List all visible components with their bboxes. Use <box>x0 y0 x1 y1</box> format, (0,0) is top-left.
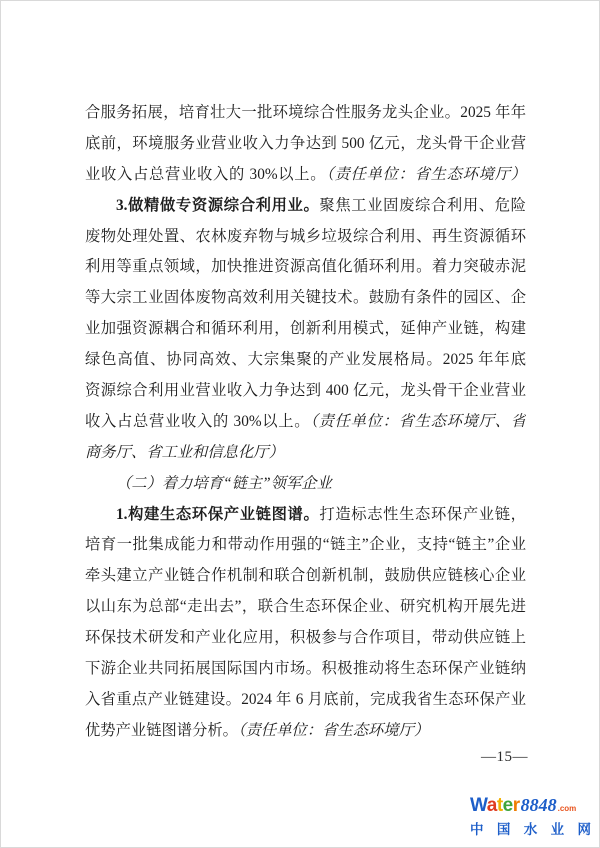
text-line: 环保技术研发和产业化应用，积极参与合作项目，带动供应链上 <box>85 623 526 654</box>
logo-com-suffix: .com <box>558 804 577 813</box>
text-run: 以山东为总部“走出去”，联合生态环保企业、研究机构开展先进 <box>85 598 526 615</box>
text-line: 业加强资源耦合和循环利用，创新利用模式，延伸产业链，构建 <box>85 314 526 345</box>
text-line: 优势产业链图谱分析。（责任单位：省生态环境厅） <box>85 716 526 747</box>
kaiti-text-run: 商务厅、省工业和信息化厅） <box>85 444 284 461</box>
text-run: 收入占总营业收入的 30%以上。 <box>85 413 310 430</box>
text-run: 资源综合利用业营业收入力争达到 400 亿元，龙头骨干企业营业 <box>85 382 526 399</box>
logo-chinese-char: 业 <box>551 818 565 838</box>
text-line: 牵头建立产业链合作机制和联合创新机制，鼓励供应链核心企业 <box>85 561 526 592</box>
logo-letter: r <box>513 795 520 816</box>
kaiti-text-run: （二）着力培育“链主”领军企业 <box>116 475 332 492</box>
logo-letter: a <box>487 795 497 816</box>
text-run: 底前，环境服务业营业收入力争达到 500 亿元，龙头骨干企业营 <box>85 135 526 152</box>
text-run: 培育一批集成能力和带动作用强的“链主”企业，支持“链主”企业 <box>85 536 526 553</box>
bold-text-run: 1.构建生态环保产业链图谱。 <box>116 506 319 523</box>
text-run: 牵头建立产业链合作机制和联合创新机制，鼓励供应链核心企业 <box>85 567 526 584</box>
logo-chinese-char: 水 <box>524 818 538 838</box>
text-line: 3.做精做专资源综合利用业。聚焦工业固废综合利用、危险 <box>85 191 526 222</box>
text-line: （二）着力培育“链主”领军企业 <box>85 469 526 500</box>
text-run: 等大宗工业固体废物高效利用关键技术。鼓励有条件的园区、企 <box>85 289 526 306</box>
text-line: 废物处理处置、农林废弃物与城乡垃圾综合利用、再生资源循环 <box>85 222 526 253</box>
text-run: 绿色高值、协同高效、大宗集聚的产业发展格局。2025 年年底前， <box>85 351 526 376</box>
logo-letter: e <box>503 795 513 816</box>
text-line: 收入占总营业收入的 30%以上。（责任单位：省生态环境厅、省 <box>85 407 526 438</box>
page-number: —15— <box>481 749 528 766</box>
text-line: 培育一批集成能力和带动作用强的“链主”企业，支持“链主”企业 <box>85 530 526 561</box>
text-run: 利用等重点领域，加快推进资源高值化循环利用。着力突破赤泥 <box>85 258 526 275</box>
kaiti-text-run: （责任单位：省生态环境厅） <box>326 166 526 183</box>
logo-chinese-char: 国 <box>497 818 511 838</box>
text-run: 下游企业共同拓展国际国内市场。积极推动将生态环保产业链纳 <box>85 660 526 677</box>
kaiti-text-run: （责任单位：省生态环境厅、省 <box>310 413 526 430</box>
text-line: 资源综合利用业营业收入力争达到 400 亿元，龙头骨干企业营业 <box>85 376 526 407</box>
logo-8848-number: 8848 <box>521 795 557 816</box>
text-run: 废物处理处置、农林废弃物与城乡垃圾综合利用、再生资源循环 <box>85 228 526 245</box>
text-run: 聚焦工业固废综合利用、危险 <box>319 197 526 214</box>
text-run: 优势产业链图谱分析。 <box>85 722 238 739</box>
water8848-watermark: Water 8848 .com 中国水业网 <box>470 795 591 838</box>
text-line: 利用等重点领域，加快推进资源高值化循环利用。着力突破赤泥 <box>85 252 526 283</box>
text-line: 以山东为总部“走出去”，联合生态环保企业、研究机构开展先进 <box>85 592 526 623</box>
text-line: 商务厅、省工业和信息化厅） <box>85 438 526 469</box>
text-line: 底前，环境服务业营业收入力争达到 500 亿元，龙头骨干企业营 <box>85 129 526 160</box>
kaiti-text-run: （责任单位：省生态环境厅） <box>238 722 429 739</box>
text-run: 环保技术研发和产业化应用，积极参与合作项目，带动供应链上 <box>85 629 526 646</box>
text-run: 打造标志性生态环保产业链， <box>319 506 526 523</box>
text-line: 下游企业共同拓展国际国内市场。积极推动将生态环保产业链纳 <box>85 654 526 685</box>
water8848-logo-wordmark: Water 8848 .com <box>470 795 591 817</box>
logo-chinese-char: 网 <box>578 818 592 838</box>
text-run: 业加强资源耦合和循环利用，创新利用模式，延伸产业链，构建 <box>85 320 526 337</box>
logo-chinese-char: 中 <box>470 818 484 838</box>
text-line: 绿色高值、协同高效、大宗集聚的产业发展格局。2025 年年底前， <box>85 345 526 376</box>
bold-text-run: 3.做精做专资源综合利用业。 <box>116 197 319 214</box>
logo-letter: W <box>470 795 487 816</box>
document-page: 合服务拓展，培育壮大一批环境综合性服务龙头企业。2025 年年底前，环境服务业营… <box>0 0 600 848</box>
text-line: 业收入占总营业收入的 30%以上。（责任单位：省生态环境厅） <box>85 160 526 191</box>
logo-chinese-name: 中国水业网 <box>470 818 591 838</box>
text-line: 1.构建生态环保产业链图谱。打造标志性生态环保产业链， <box>85 500 526 531</box>
text-run: 入省重点产业链建设。2024 年 6 月底前，完成我省生态环保产业 <box>85 691 526 708</box>
logo-water-word: Water <box>470 795 520 817</box>
text-line: 等大宗工业固体废物高效利用关键技术。鼓励有条件的园区、企 <box>85 283 526 314</box>
text-run: 业收入占总营业收入的 30%以上。 <box>85 166 326 183</box>
text-line: 入省重点产业链建设。2024 年 6 月底前，完成我省生态环保产业 <box>85 685 526 716</box>
text-line: 合服务拓展，培育壮大一批环境综合性服务龙头企业。2025 年年 <box>85 98 526 129</box>
text-run: 合服务拓展，培育壮大一批环境综合性服务龙头企业。2025 年年 <box>85 104 526 121</box>
document-body: 合服务拓展，培育壮大一批环境综合性服务龙头企业。2025 年年底前，环境服务业营… <box>85 98 526 747</box>
